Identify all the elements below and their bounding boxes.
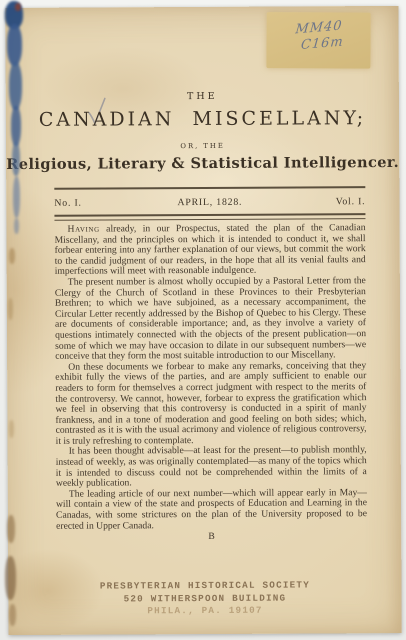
paragraph-1-text: already, in our Prospectus, stated the p… [55,222,366,277]
paragraph-4-text: It has been thought advisable—at least f… [56,445,367,489]
publication-subtitle: Religious, Literary & Statistical Intell… [6,154,399,173]
photo-background: MM40 C16m THE CANADIAN MISCELLANY; OR, T… [0,0,406,640]
issue-volume: Vol. I. [242,196,365,208]
signature-mark: B [56,530,367,543]
pamphlet-cover: MM40 C16m THE CANADIAN MISCELLANY; OR, T… [5,6,401,635]
library-stamp: PRESBYTERIAN HISTORICAL SOCIETY 520 WITH… [8,579,401,619]
paragraph-5-text: The leading article of our next number—w… [56,487,367,531]
publication-title: CANADIAN MISCELLANY; [6,107,399,131]
issue-date: APRIL, 1828. [177,197,242,208]
paragraph-5: The leading article of our next number—w… [56,488,367,532]
paragraph-3-text: On these documents we forbear to make an… [55,360,366,447]
catalog-note-line2: C16m [300,34,344,54]
masthead: THE CANADIAN MISCELLANY; OR, THE Religio… [5,6,398,8]
paragraph-1-lead: Having [67,224,99,235]
issue-number: No. I. [54,197,177,209]
paragraph-2-text: The present number is almost wholly occu… [55,275,366,362]
paragraph-3: On these documents we forbear to make an… [55,361,366,447]
paragraph-4: It has been thought advisable—at least f… [56,446,367,490]
catalog-label: MM40 C16m [266,12,370,69]
rule-below-issue-line [54,213,365,221]
stamp-line3: PHILA., PA. 19107 [8,604,401,619]
masthead-conjunction: OR, THE [6,141,399,151]
rule-above-issue-line [54,186,365,190]
paragraph-2: The present number is almost wholly occu… [55,276,366,362]
issue-line: No. I. APRIL, 1828. Vol. I. [54,196,365,209]
handwritten-catalog-note: MM40 C16m [293,18,346,54]
paragraph-1: Having already, in our Prospectus, state… [54,223,365,278]
body-text: Having already, in our Prospectus, state… [54,223,367,543]
masthead-kicker: THE [6,90,399,103]
